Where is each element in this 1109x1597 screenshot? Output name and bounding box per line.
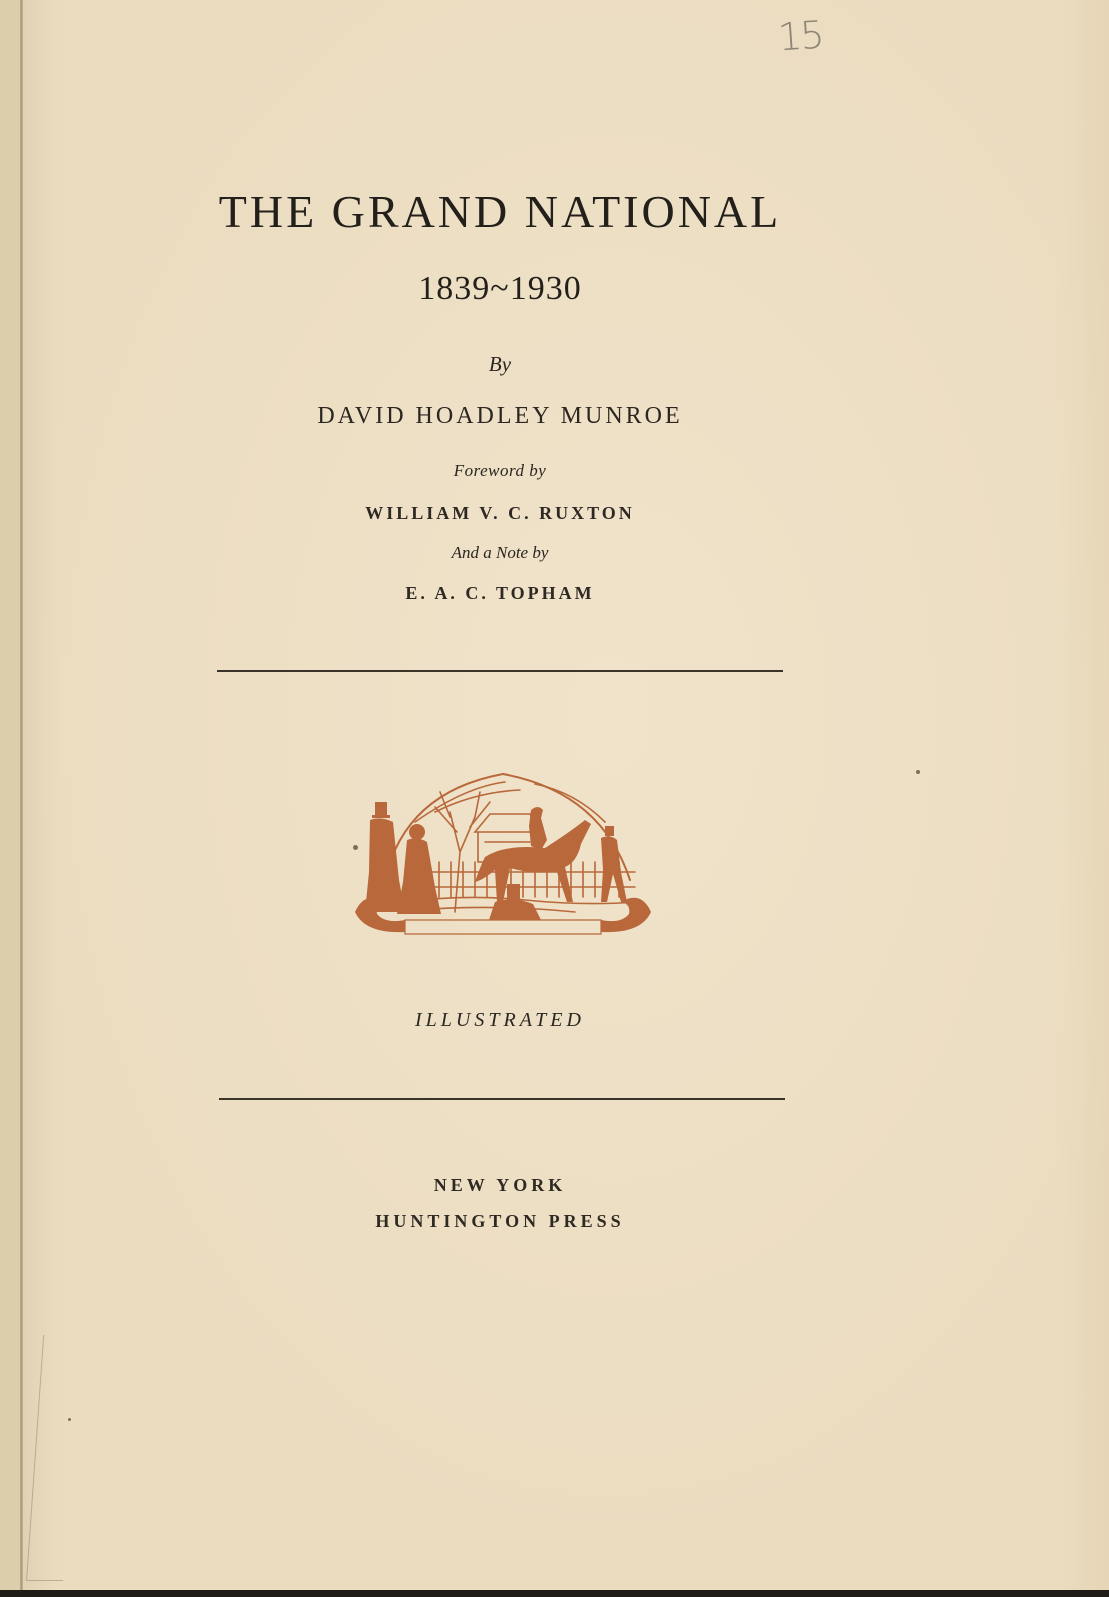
paper-speck	[916, 770, 920, 774]
note-author: E. A. C. TOPHAM	[0, 583, 1000, 604]
pencil-page-number: 15	[777, 13, 824, 60]
by-label: By	[0, 352, 1000, 377]
title-page: 15 THE GRAND NATIONAL 1839~1930 By DAVID…	[0, 0, 1109, 1590]
top-rule-divider	[217, 670, 783, 672]
note-label: And a Note by	[0, 543, 1000, 563]
bottom-rule-divider	[219, 1098, 785, 1100]
paper-speck	[68, 1418, 71, 1421]
page-tear-mark	[26, 1335, 80, 1581]
author-name: DAVID HOADLEY MUNROE	[0, 403, 1000, 430]
book-dates: 1839~1930	[0, 270, 1000, 308]
foreword-author: WILLIAM V. C. RUXTON	[0, 503, 1000, 524]
imprint-publisher: HUNTINGTON PRESS	[0, 1211, 1000, 1232]
paper-speck	[353, 845, 358, 850]
spine-gutter-line	[20, 0, 23, 1590]
spine-edge	[0, 0, 20, 1590]
illustrated-label: ILLUSTRATED	[0, 1009, 1000, 1032]
scan-bottom-edge	[0, 1590, 1109, 1597]
book-title: THE GRAND NATIONAL	[0, 185, 1000, 238]
foreword-label: Foreword by	[0, 461, 1000, 481]
racecourse-vignette-illustration	[345, 762, 661, 937]
imprint-place: NEW YORK	[0, 1175, 1000, 1196]
